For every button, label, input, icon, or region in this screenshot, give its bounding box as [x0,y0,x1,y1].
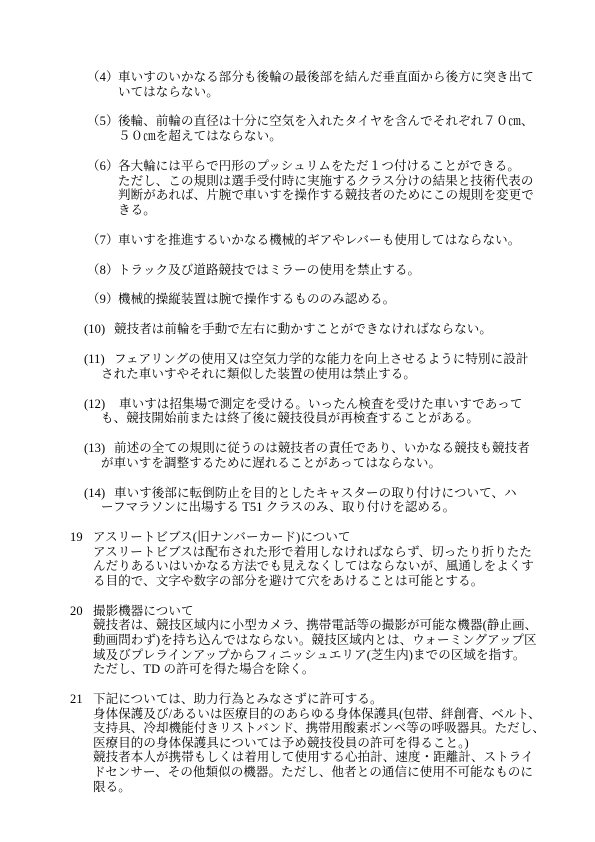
rule-item-number: （8） [87,263,118,278]
rule-item-7: （7） 車いすを推進するいかなる機械的ギアやレバーも使用してはならない。 [0,233,595,248]
rule-item-6: （6） 各大輪には平らで円形のプッシュリムをただ１つ付けることができる。 ただし… [0,159,595,217]
text-line: アスリートビブス(旧ナンバーカード)について [93,530,595,545]
rule-item-10: (10) 競技者は前輪を手動で左右に動かすことができなければならない。 [0,322,595,337]
section-text: 撮影機器について 競技者は、競技区域内に小型カメラ、携帯電話等の撮影が可能な機器… [93,604,595,677]
section-number: 20 [70,604,93,677]
rule-item-number: （4） [87,70,118,99]
rule-item-text: 車いす後部に転倒防止を目的としたキャスターの取り付けについて、ハ ーフマラソンに… [101,486,595,515]
text-line: 支持具、冷却機能付きリストバンド、携帯用酸素ボンベ等の呼吸器具。ただし、 [93,721,595,736]
rule-item-text: トラック及び道路競技ではミラーの使用を禁止する。 [118,263,595,278]
section-number: 21 [70,692,93,794]
text-line: ーフマラソンに出場する T51 クラスのみ、取り付けを認める。 [101,500,595,515]
rule-item-11: (11) フェアリングの使用又は空気力学的な能力を向上させるように特別に設計 さ… [0,352,595,381]
text-line: 判断があれば、片腕で車いすを操作する競技者のためにこの規則を変更で [118,188,595,203]
rule-item-text: 車いすを推進するいかなる機械的ギアやレバーも使用してはならない。 [118,233,595,248]
document-page: （4） 車いすのいかなる部分も後輪の最後部を結んだ垂直面から後方に突き出て いて… [0,0,595,842]
rule-item-text: 車いすのいかなる部分も後輪の最後部を結んだ垂直面から後方に突き出て いてはならな… [118,70,595,99]
text-line: ただし、TD の許可を得た場合を除く。 [93,662,595,677]
text-line: 撮影機器について [93,604,595,619]
text-line: 各大輪には平らで円形のプッシュリムをただ１つ付けることができる。 [118,159,595,174]
text-line: 車いす後部に転倒防止を目的としたキャスターの取り付けについて、ハ [101,486,595,501]
section-20: 20 撮影機器について 競技者は、競技区域内に小型カメラ、携帯電話等の撮影が可能… [0,604,595,677]
text-line: アスリートビブスは配布された形で着用しなければならず、切ったり折りたた [93,545,595,560]
text-line: 車いすを推進するいかなる機械的ギアやレバーも使用してはならない。 [118,233,595,248]
rule-item-14: (14) 車いす後部に転倒防止を目的としたキャスターの取り付けについて、ハ ーフ… [0,486,595,515]
rule-item-number: （5） [87,114,118,143]
text-line: フェアリングの使用又は空気力学的な能力を向上させるように特別に設計 [101,352,595,367]
text-line: された車いすやそれに類似した装置の使用は禁止する。 [101,367,595,382]
text-line: 限る。 [93,780,595,795]
text-line: 車いすは招集場で測定を受ける。いったん検査を受けた車いすであって [101,397,595,412]
section-19: 19 アスリートビブス(旧ナンバーカード)について アスリートビブスは配布された… [0,530,595,588]
text-line: ドセンサー、その他類似の機器。ただし、他者との通信に使用不可能なものに [93,765,595,780]
text-line: 域及びプレラインアップからフィニッシュエリア(芝生内)までの区域を指す。 [93,648,595,663]
text-line: 競技者は前輪を手動で左右に動かすことができなければならない。 [101,322,595,337]
rule-item-8: （8） トラック及び道路競技ではミラーの使用を禁止する。 [0,263,595,278]
rule-item-9: （9） 機械的操縦装置は腕で操作するもののみ認める。 [0,292,595,307]
rule-item-text: 機械的操縦装置は腕で操作するもののみ認める。 [118,292,595,307]
text-line: 競技者は、競技区域内に小型カメラ、携帯電話等の撮影が可能な機器(静止画、 [93,618,595,633]
text-line: る目的で、文字や数字の部分を避けて穴をあけることは可能とする。 [93,574,595,589]
text-line: 下記については、助力行為とみなさずに許可する。 [93,692,595,707]
text-line: 機械的操縦装置は腕で操作するもののみ認める。 [118,292,595,307]
rule-item-number: (13) [84,441,101,470]
section-text: 下記については、助力行為とみなさずに許可する。 身体保護及び/あるいは医療目的の… [93,692,595,794]
rule-item-text: 競技者は前輪を手動で左右に動かすことができなければならない。 [101,322,595,337]
rule-item-5: （5） 後輪、前輪の直径は十分に空気を入れたタイヤを含んでそれぞれ７０㎝、 ５０… [0,114,595,143]
rule-item-13: (13) 前述の全ての規則に従うのは競技者の責任であり、いかなる競技も競技者 が… [0,441,595,470]
rule-item-text: 車いすは招集場で測定を受ける。いったん検査を受けた車いすであって も、競技開始前… [101,397,595,426]
section-21: 21 下記については、助力行為とみなさずに許可する。 身体保護及び/あるいは医療… [0,692,595,794]
text-line: 医療目的の身体保護具については予め競技役員の許可を得ること。) [93,736,595,751]
rule-item-text: 後輪、前輪の直径は十分に空気を入れたタイヤを含んでそれぞれ７０㎝、 ５０㎝を超え… [118,114,595,143]
rule-item-number: (10) [84,322,101,337]
rule-item-text: 各大輪には平らで円形のプッシュリムをただ１つ付けることができる。 ただし、この規… [118,159,595,217]
rule-item-text: 前述の全ての規則に従うのは競技者の責任であり、いかなる競技も競技者 が車いすを調… [101,441,595,470]
rule-item-number: （7） [87,233,118,248]
text-line: 前述の全ての規則に従うのは競技者の責任であり、いかなる競技も競技者 [101,441,595,456]
text-line: ５０㎝を超えてはならない。 [118,129,595,144]
text-line: が車いすを調整するために遅れることがあってはならない。 [101,456,595,471]
text-line: 競技者本人が携帯もしくは着用して使用する心拍計、速度・距離計、ストライ [93,750,595,765]
text-line: 動画問わず)を持ち込んではならない。競技区域内とは、ウォーミングアップ区 [93,633,595,648]
section-text: アスリートビブス(旧ナンバーカード)について アスリートビブスは配布された形で着… [93,530,595,588]
text-line: ただし、この規則は選手受付時に実施するクラス分けの結果と技術代表の [118,174,595,189]
section-number: 19 [70,530,93,588]
rule-item-text: フェアリングの使用又は空気力学的な能力を向上させるように特別に設計 された車いす… [101,352,595,381]
text-line: いてはならない。 [118,85,595,100]
rule-item-number: （9） [87,292,118,307]
text-line: も、競技開始前または終了後に競技役員が再検査することがある。 [101,411,595,426]
text-line: きる。 [118,203,595,218]
text-line: んだりあるいはいかなる方法でも見えなくしてはならないが、風通しをよくす [93,559,595,574]
text-line: 後輪、前輪の直径は十分に空気を入れたタイヤを含んでそれぞれ７０㎝、 [118,114,595,129]
text-line: 身体保護及び/あるいは医療目的のあらゆる身体保護具(包帯、絆創膏、ベルト、 [93,707,595,722]
rule-item-12: (12) 車いすは招集場で測定を受ける。いったん検査を受けた車いすであって も、… [0,397,595,426]
text-line: トラック及び道路競技ではミラーの使用を禁止する。 [118,263,595,278]
text-line: 車いすのいかなる部分も後輪の最後部を結んだ垂直面から後方に突き出て [118,70,595,85]
rule-item-number: （6） [87,159,118,217]
rule-item-number: (12) [84,397,101,426]
rule-item-4: （4） 車いすのいかなる部分も後輪の最後部を結んだ垂直面から後方に突き出て いて… [0,70,595,99]
rule-item-number: (11) [84,352,101,381]
rule-item-number: (14) [84,486,101,515]
